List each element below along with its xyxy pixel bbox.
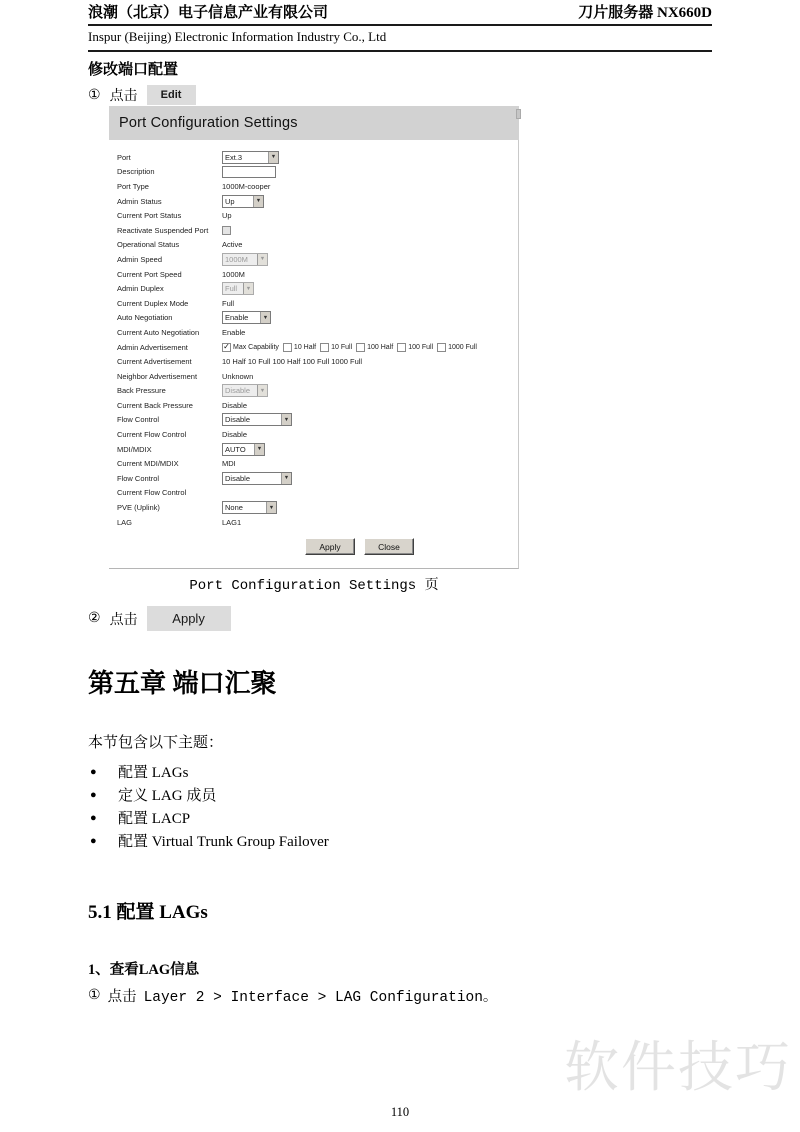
- dialog-apply-button[interactable]: Apply: [305, 538, 355, 555]
- mdi-mdix-select[interactable]: AUTO▼: [222, 443, 265, 456]
- dialog-row-description: Description: [117, 165, 518, 180]
- figure-caption: Port Configuration Settings 页: [109, 574, 519, 594]
- port-type-value: 1000M-cooper: [222, 182, 270, 191]
- product-model: 刀片服务器 NX660D: [578, 5, 712, 22]
- dialog-row-neighbor-advertisement: Neighbor AdvertisementUnknown: [117, 369, 518, 384]
- auto-negotiation-select[interactable]: Enable▼: [222, 311, 271, 324]
- neighbor-advertisement-label: Neighbor Advertisement: [117, 372, 222, 381]
- nav-step-action: 点击: [108, 985, 137, 1006]
- port-type-label: Port Type: [117, 182, 222, 191]
- section-heading: 修改端口配置: [88, 61, 800, 79]
- dialog-titlebar: Port Configuration Settings: [109, 106, 519, 140]
- current-port-status-label: Current Port Status: [117, 211, 222, 220]
- description-label: Description: [117, 167, 222, 176]
- 100-full-checkbox[interactable]: [397, 343, 406, 352]
- dialog-row-current-mdi-mdix: Current MDI/MDIXMDI: [117, 456, 518, 471]
- port-config-dialog: Port Configuration Settings PortExt.3▼De…: [109, 106, 519, 569]
- list-item: ●定义 LAG 成员: [90, 783, 800, 806]
- operational-status-label: Operational Status: [117, 240, 222, 249]
- dialog-row-mdi-mdix: MDI/MDIXAUTO▼: [117, 442, 518, 457]
- admin-speed-label: Admin Speed: [117, 255, 222, 264]
- current-back-pressure-label: Current Back Pressure: [117, 401, 222, 410]
- dialog-fields: PortExt.3▼DescriptionPort Type1000M-coop…: [117, 150, 518, 529]
- list-item: ●配置 LACP: [90, 806, 800, 829]
- dropdown-arrow-icon: ▼: [257, 254, 267, 265]
- watermark: 软件技巧: [564, 1023, 792, 1102]
- page-number: 110: [0, 1105, 800, 1120]
- dropdown-arrow-icon: ▼: [260, 312, 270, 323]
- manual-page: 浪潮（北京）电子信息产业有限公司 刀片服务器 NX660D Inspur (Be…: [0, 0, 800, 1132]
- back-pressure-label: Back Pressure: [117, 386, 222, 395]
- bullet-icon: ●: [90, 835, 118, 847]
- flow-control-select[interactable]: Disable▼: [222, 413, 292, 426]
- current-mdi-mdix-value: MDI: [222, 459, 236, 468]
- pve-uplink-select[interactable]: None▼: [222, 501, 277, 514]
- dialog-row-port: PortExt.3▼: [117, 150, 518, 165]
- admin-duplex-select-value: Full: [225, 284, 237, 293]
- dropdown-arrow-icon: ▼: [281, 473, 291, 484]
- current-duplex-mode-text: Full: [222, 299, 234, 308]
- current-auto-negotiation-text: Enable: [222, 328, 245, 337]
- list-item: ●配置 LAGs: [90, 760, 800, 783]
- current-back-pressure-text: Disable: [222, 401, 247, 410]
- topic-bullet-list: ●配置 LAGs●定义 LAG 成员●配置 LACP●配置 Virtual Tr…: [0, 760, 800, 852]
- back-pressure-select: Disable▼: [222, 384, 268, 397]
- lag-label: LAG: [117, 518, 222, 527]
- current-flow-control-value: Disable: [222, 430, 247, 439]
- step-2-line: ② 点击 Apply: [88, 606, 800, 631]
- back-pressure-select-value: Disable: [225, 386, 250, 395]
- current-flow-control-label: Current Flow Control: [117, 488, 222, 497]
- 100-half-option: 100 Half: [356, 343, 393, 352]
- list-item-text: 配置 LAGs: [118, 761, 188, 782]
- bullet-icon: ●: [90, 812, 118, 824]
- dialog-row-current-port-speed: Current Port Speed1000M: [117, 267, 518, 282]
- admin-duplex-select: Full▼: [222, 282, 254, 295]
- company-name-cn: 浪潮（北京）电子信息产业有限公司: [88, 5, 328, 22]
- step-2-number: ②: [88, 610, 101, 627]
- admin-advertisement-checkgroup: ✓Max Capability10 Half10 Full100 Half100…: [222, 343, 477, 352]
- subsection-title: 1、查看LAG信息: [88, 962, 800, 978]
- operational-status-text: Active: [222, 240, 242, 249]
- 10-half-checkbox[interactable]: [283, 343, 292, 352]
- mdi-mdix-label: MDI/MDIX: [117, 445, 222, 454]
- flow-control-label: Flow Control: [117, 415, 222, 424]
- dialog-row-admin-speed: Admin Speed1000M▼: [117, 252, 518, 267]
- dialog-row-current-back-pressure: Current Back PressureDisable: [117, 398, 518, 413]
- dialog-row-current-port-status: Current Port StatusUp: [117, 208, 518, 223]
- lag-text: LAG1: [222, 518, 241, 527]
- reactivate-suspended-port-checkbox[interactable]: [222, 226, 231, 235]
- flow-control-label: Flow Control: [117, 474, 222, 483]
- admin-speed-select: 1000M▼: [222, 253, 268, 266]
- nav-step-number: ①: [88, 987, 101, 1004]
- auto-negotiation-select-value: Enable: [225, 313, 248, 322]
- description-input[interactable]: [222, 166, 276, 178]
- dialog-row-auto-negotiation: Auto NegotiationEnable▼: [117, 311, 518, 326]
- 100-half-label: 100 Half: [367, 344, 393, 351]
- dialog-body: PortExt.3▼DescriptionPort Type1000M-coop…: [109, 140, 519, 569]
- flow-control-select-value: Disable: [225, 415, 250, 424]
- chapter-title: 第五章 端口汇聚: [88, 669, 800, 699]
- chapter-intro: 本节包含以下主题：: [88, 735, 800, 752]
- 100-half-checkbox[interactable]: [356, 343, 365, 352]
- step-1-number: ①: [88, 87, 101, 104]
- current-advertisement-label: Current Advertisement: [117, 357, 222, 366]
- list-item-text: 定义 LAG 成员: [118, 784, 216, 805]
- current-port-speed-label: Current Port Speed: [117, 270, 222, 279]
- dialog-row-admin-advertisement: Admin Advertisement✓Max Capability10 Hal…: [117, 340, 518, 355]
- pve-uplink-label: PVE (Uplink): [117, 503, 222, 512]
- step-1-line: ① 点击 Edit: [88, 85, 800, 105]
- dialog-row-current-flow-control: Current Flow ControlDisable: [117, 427, 518, 442]
- dialog-row-flow-control: Flow ControlDisable▼: [117, 413, 518, 428]
- dialog-row-reactivate-suspended-port: Reactivate Suspended Port: [117, 223, 518, 238]
- dialog-row-flow-control: Flow ControlDisable▼: [117, 471, 518, 486]
- description-value: [222, 166, 276, 178]
- 1000-full-checkbox[interactable]: [437, 343, 446, 352]
- current-duplex-mode-label: Current Duplex Mode: [117, 299, 222, 308]
- current-flow-control-label: Current Flow Control: [117, 430, 222, 439]
- section-5-1-title: 5.1 配置 LAGs: [88, 902, 800, 924]
- list-item-text: 配置 Virtual Trunk Group Failover: [118, 830, 329, 851]
- current-advertisement-text: 10 Half 10 Full 100 Half 100 Full 1000 F…: [222, 357, 362, 366]
- 10-full-option: 10 Full: [320, 343, 352, 352]
- admin-status-select[interactable]: Up▼: [222, 195, 264, 208]
- dropdown-arrow-icon: ▼: [243, 283, 253, 294]
- neighbor-advertisement-value: Unknown: [222, 372, 253, 381]
- port-label: Port: [117, 153, 222, 162]
- admin-status-label: Admin Status: [117, 197, 222, 206]
- step-1-action: 点击: [110, 85, 138, 105]
- port-type-text: 1000M-cooper: [222, 182, 270, 191]
- 10-half-option: 10 Half: [283, 343, 316, 352]
- lag-value: LAG1: [222, 518, 241, 527]
- pve-uplink-select-value: None: [225, 503, 243, 512]
- admin-status-select-value: Up: [225, 197, 235, 206]
- auto-negotiation-value: Enable▼: [222, 311, 271, 324]
- auto-negotiation-label: Auto Negotiation: [117, 313, 222, 322]
- mdi-mdix-select-value: AUTO: [225, 445, 246, 454]
- doc-header: 浪潮（北京）电子信息产业有限公司 刀片服务器 NX660D: [88, 5, 712, 22]
- flow-control-select[interactable]: Disable▼: [222, 472, 292, 485]
- dropdown-arrow-icon: ▼: [254, 444, 264, 455]
- max-capability-label: Max Capability: [233, 344, 279, 351]
- current-mdi-mdix-label: Current MDI/MDIX: [117, 459, 222, 468]
- neighbor-advertisement-text: Unknown: [222, 372, 253, 381]
- reactivate-suspended-port-label: Reactivate Suspended Port: [117, 226, 222, 235]
- list-item: ●配置 Virtual Trunk Group Failover: [90, 829, 800, 852]
- current-port-status-value: Up: [222, 211, 232, 220]
- admin-advertisement-value: ✓Max Capability10 Half10 Full100 Half100…: [222, 343, 477, 352]
- apply-button[interactable]: Apply: [147, 606, 231, 631]
- back-pressure-value: Disable▼: [222, 384, 268, 397]
- dropdown-arrow-icon: ▼: [257, 385, 267, 396]
- current-auto-negotiation-value: Enable: [222, 328, 245, 337]
- dialog-row-lag: LAGLAG1: [117, 515, 518, 530]
- dialog-row-operational-status: Operational StatusActive: [117, 238, 518, 253]
- port-select-value: Ext.3: [225, 153, 242, 162]
- mdi-mdix-value: AUTO▼: [222, 443, 265, 456]
- current-back-pressure-value: Disable: [222, 401, 247, 410]
- dropdown-arrow-icon: ▼: [268, 152, 278, 163]
- dialog-buttons: Apply Close: [305, 538, 518, 555]
- dropdown-arrow-icon: ▼: [253, 196, 263, 207]
- 100-full-option: 100 Full: [397, 343, 433, 352]
- nav-step-line: ① 点击 Layer 2 > Interface > LAG Configura…: [88, 985, 800, 1006]
- header-rule-bottom: [88, 50, 712, 52]
- port-select[interactable]: Ext.3▼: [222, 151, 279, 164]
- admin-speed-value: 1000M▼: [222, 253, 268, 266]
- flow-control-select-value: Disable: [225, 474, 250, 483]
- bullet-icon: ●: [90, 789, 118, 801]
- 100-full-label: 100 Full: [408, 344, 433, 351]
- current-port-status-text: Up: [222, 211, 232, 220]
- current-duplex-mode-value: Full: [222, 299, 234, 308]
- menu-path: Layer 2 > Interface > LAG Configuration。: [144, 985, 498, 1006]
- dialog-close-button[interactable]: Close: [364, 538, 414, 555]
- admin-speed-select-value: 1000M: [225, 255, 248, 264]
- edit-button[interactable]: Edit: [147, 85, 196, 105]
- pve-uplink-value: None▼: [222, 501, 277, 514]
- dialog-row-current-flow-control: Current Flow Control: [117, 486, 518, 501]
- operational-status-value: Active: [222, 240, 242, 249]
- max-capability-option: ✓Max Capability: [222, 343, 279, 352]
- admin-duplex-value: Full▼: [222, 282, 254, 295]
- dialog-row-admin-status: Admin StatusUp▼: [117, 194, 518, 209]
- flow-control-value: Disable▼: [222, 413, 292, 426]
- dialog-row-pve-uplink: PVE (Uplink)None▼: [117, 500, 518, 515]
- dialog-title: Port Configuration Settings: [119, 115, 298, 131]
- 1000-full-label: 1000 Full: [448, 344, 477, 351]
- current-mdi-mdix-text: MDI: [222, 459, 236, 468]
- 10-full-checkbox[interactable]: [320, 343, 329, 352]
- current-advertisement-value: 10 Half 10 Full 100 Half 100 Full 1000 F…: [222, 357, 362, 366]
- current-port-speed-text: 1000M: [222, 270, 245, 279]
- 10-full-label: 10 Full: [331, 344, 352, 351]
- dialog-row-current-duplex-mode: Current Duplex ModeFull: [117, 296, 518, 311]
- window-edge-artifact: [516, 109, 521, 119]
- dialog-row-current-advertisement: Current Advertisement10 Half 10 Full 100…: [117, 354, 518, 369]
- flow-control-value: Disable▼: [222, 472, 292, 485]
- dropdown-arrow-icon: ▼: [281, 414, 291, 425]
- admin-duplex-label: Admin Duplex: [117, 284, 222, 293]
- 10-half-label: 10 Half: [294, 344, 316, 351]
- company-name-en: Inspur (Beijing) Electronic Information …: [88, 26, 712, 50]
- admin-status-value: Up▼: [222, 195, 264, 208]
- max-capability-checkbox[interactable]: ✓: [222, 343, 231, 352]
- current-flow-control-text: Disable: [222, 430, 247, 439]
- dialog-row-port-type: Port Type1000M-cooper: [117, 179, 518, 194]
- step-2-action: 点击: [110, 609, 138, 629]
- dialog-row-back-pressure: Back PressureDisable▼: [117, 384, 518, 399]
- current-port-speed-value: 1000M: [222, 270, 245, 279]
- reactivate-suspended-port-value: [222, 226, 231, 235]
- admin-advertisement-label: Admin Advertisement: [117, 343, 222, 352]
- dialog-row-current-auto-negotiation: Current Auto NegotiationEnable: [117, 325, 518, 340]
- current-auto-negotiation-label: Current Auto Negotiation: [117, 328, 222, 337]
- 1000-full-option: 1000 Full: [437, 343, 477, 352]
- port-value: Ext.3▼: [222, 151, 279, 164]
- dropdown-arrow-icon: ▼: [266, 502, 276, 513]
- bullet-icon: ●: [90, 766, 118, 778]
- dialog-row-admin-duplex: Admin DuplexFull▼: [117, 281, 518, 296]
- list-item-text: 配置 LACP: [118, 807, 190, 828]
